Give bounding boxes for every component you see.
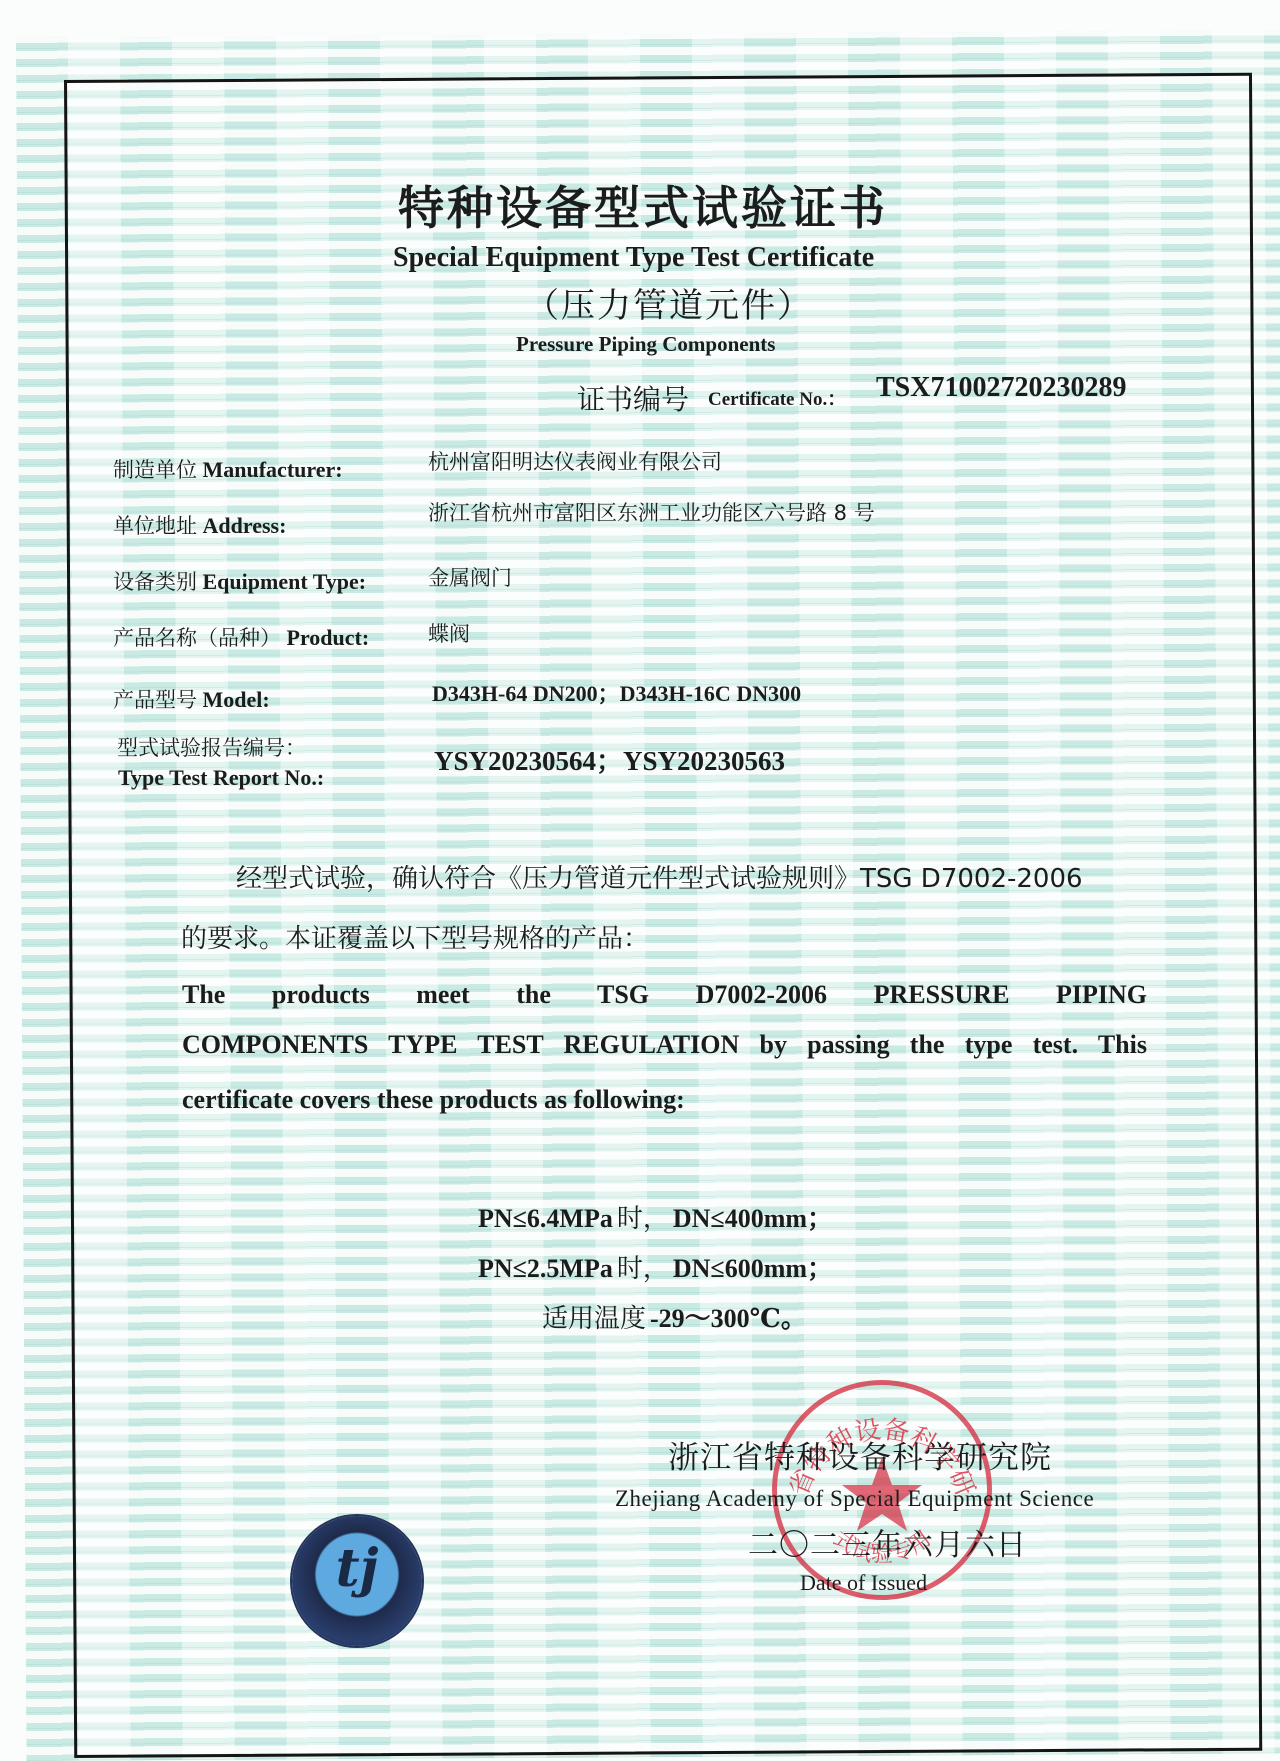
certificate-no-label-cn: 证书编号 (577, 378, 689, 418)
spec-line-1: PN≤6.4MPa 时， DN≤400mm； (478, 1198, 833, 1235)
date-of-issue-label: Date of Issued (800, 1570, 927, 1596)
certificate-no-value: TSX71002720230289 (876, 372, 1126, 404)
statement-en-line2: COMPONENTS TYPE TEST REGULATION by passi… (182, 1030, 1147, 1060)
temperature-line: 适用温度 -29～300℃。 (542, 1298, 807, 1335)
report-no-label-cn: 型式试验报告编号： (117, 732, 306, 762)
tj-logo-icon: tj (292, 1538, 422, 1599)
model-label-en: Model: (203, 687, 270, 712)
product-label-cn: 产品名称（品种） (113, 626, 281, 650)
hologram-sticker: tj (292, 1516, 422, 1646)
certificate-no-label-en: Certificate No.： (708, 384, 846, 411)
statement-en-line1: The products meet the TSG D7002-2006 PRE… (182, 980, 1147, 1010)
issue-date: 二〇二三年六月六日 (748, 1520, 1027, 1564)
certificate-subtitle-en: Pressure Piping Components (516, 332, 775, 357)
issuer-name-cn: 浙江省特种设备科学研究院 (668, 1432, 1052, 1477)
certificate-title-en: Special Equipment Type Test Certificate (393, 242, 874, 274)
report-no-label-en: Type Test Report No.: (118, 765, 324, 791)
statement-en-line3: certificate covers these products as fol… (182, 1085, 685, 1115)
statement-cn-line1: 经型式试验，确认符合《压力管道元件型式试验规则》TSG D7002-2006 (236, 858, 1083, 895)
certificate-subtitle-cn: （压力管道元件） (525, 278, 813, 327)
address-value: 浙江省杭州市富阳区东洲工业功能区六号路 8 号 (428, 497, 875, 527)
statement-cn-line2: 的要求。本证覆盖以下型号规格的产品： (181, 918, 649, 955)
product-value: 蝶阀 (428, 618, 470, 648)
model-label-cn: 产品型号 (113, 688, 197, 712)
manufacturer-label-cn: 制造单位 (113, 458, 197, 482)
issuer-name-en: Zhejiang Academy of Special Equipment Sc… (615, 1486, 1094, 1512)
model-label: 产品型号 Model: (113, 684, 270, 714)
address-label-en: Address: (203, 513, 287, 538)
model-value: D343H-64 DN200；D343H-16C DN300 (432, 677, 801, 708)
spec-line-2: PN≤2.5MPa 时， DN≤600mm； (478, 1248, 833, 1285)
address-label: 单位地址 Address: (113, 510, 286, 540)
equipment-type-label-en: Equipment Type: (203, 569, 367, 594)
product-label: 产品名称（品种） Product: (113, 622, 369, 652)
manufacturer-label-en: Manufacturer: (203, 457, 343, 482)
equipment-type-value: 金属阀门 (428, 562, 512, 592)
address-label-cn: 单位地址 (113, 514, 197, 538)
report-no-value: YSY20230564；YSY20230563 (434, 739, 785, 778)
product-label-en: Product: (287, 625, 370, 650)
certificate-title-cn: 特种设备型式试验证书 (398, 172, 888, 238)
manufacturer-value: 杭州富阳明达仪表阀业有限公司 (428, 446, 722, 476)
manufacturer-label: 制造单位 Manufacturer: (113, 454, 343, 484)
equipment-type-label: 设备类别 Equipment Type: (113, 566, 366, 596)
equipment-type-label-cn: 设备类别 (113, 570, 197, 594)
